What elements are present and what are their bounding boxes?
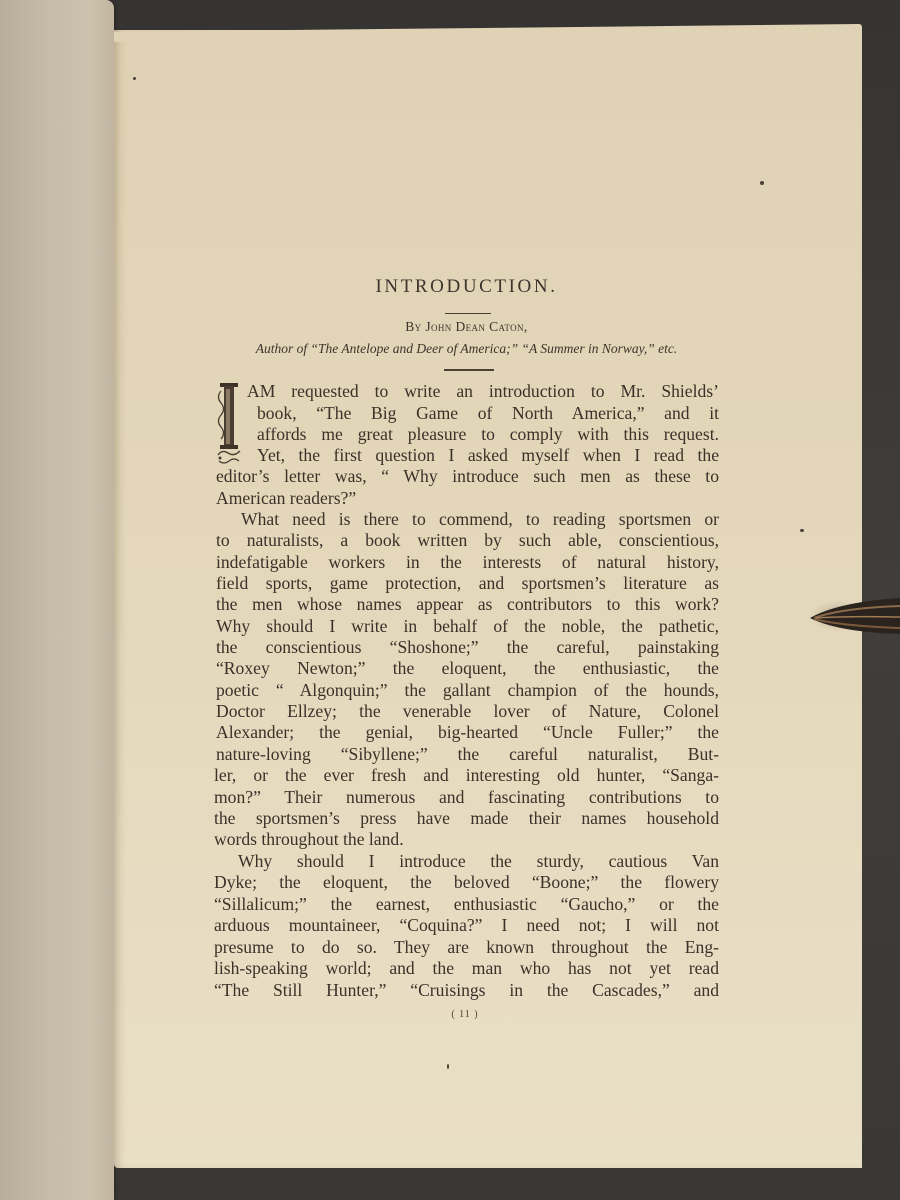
text-line: Yet, the first question I asked myself w…	[257, 445, 719, 466]
text-line: ler, or the ever fresh and interesting o…	[214, 765, 719, 786]
text-line: nature-loving “Sibyllene;” the careful n…	[216, 744, 719, 765]
text-line: presume to do so. They are known through…	[214, 937, 719, 958]
text-line: Dyke; the eloquent, the beloved “Boone;”…	[214, 872, 719, 893]
text-line: “Sillalicum;” the earnest, enthusiastic …	[214, 894, 719, 915]
text-line: Alexander; the genial, big-hearted “Uncl…	[216, 722, 719, 743]
text-line: the men whose names appear as contributo…	[216, 594, 719, 615]
text-line: Why should I write in behalf of the nobl…	[216, 616, 719, 637]
text-line: the sportsmen’s press have made their na…	[214, 808, 719, 829]
text-line: poetic “ Algonquin;” the gallant champio…	[216, 680, 719, 701]
text-line: indefatigable workers in the interests o…	[216, 552, 719, 573]
facing-page-left	[0, 0, 114, 1200]
text-line: affords me great pleasure to comply with…	[257, 424, 719, 445]
text-line: book, “The Big Game of North America,” a…	[257, 403, 719, 424]
paper-speck	[800, 529, 804, 532]
paper-speck	[133, 77, 136, 80]
text-line: to naturalists, a book written by such a…	[216, 530, 719, 551]
paper-speck	[447, 1064, 449, 1069]
text-line: Doctor Ellzey; the venerable lover of Na…	[216, 701, 719, 722]
text-line: editor’s letter was, “ Why introduce suc…	[216, 466, 719, 487]
author-credits: Author of “The Antelope and Deer of Amer…	[214, 341, 719, 357]
chapter-title: INTRODUCTION.	[214, 276, 719, 298]
paper-speck	[760, 181, 764, 185]
text-line: mon?” Their numerous and fascinating con…	[214, 787, 719, 808]
ornamental-dropcap-icon	[214, 381, 244, 467]
byline: By John Dean Caton,	[214, 319, 719, 335]
title-rule	[445, 313, 491, 314]
text-line: What need is there to commend, to readin…	[241, 509, 719, 530]
text-line: lish-speaking world; and the man who has…	[214, 958, 719, 979]
text-line: Why should I introduce the sturdy, cauti…	[238, 851, 719, 872]
text-line: “The Still Hunter,” “Cruisings in the Ca…	[214, 980, 719, 1001]
bookmark-clip	[808, 594, 900, 636]
text-line: field sports, game protection, and sport…	[216, 573, 719, 594]
byline-rule	[444, 369, 494, 371]
text-line: arduous mountaineer, “Coquina?” I need n…	[214, 915, 719, 936]
page-number: ( 11 )	[440, 1009, 490, 1020]
text-line: words throughout the land.	[214, 829, 404, 850]
text-line: AM requested to write an introduction to…	[247, 381, 719, 402]
text-line: the conscientious “Shoshone;” the carefu…	[216, 637, 719, 658]
text-line: American readers?”	[216, 488, 356, 509]
text-line: “Roxey Newton;” the eloquent, the enthus…	[216, 658, 719, 679]
